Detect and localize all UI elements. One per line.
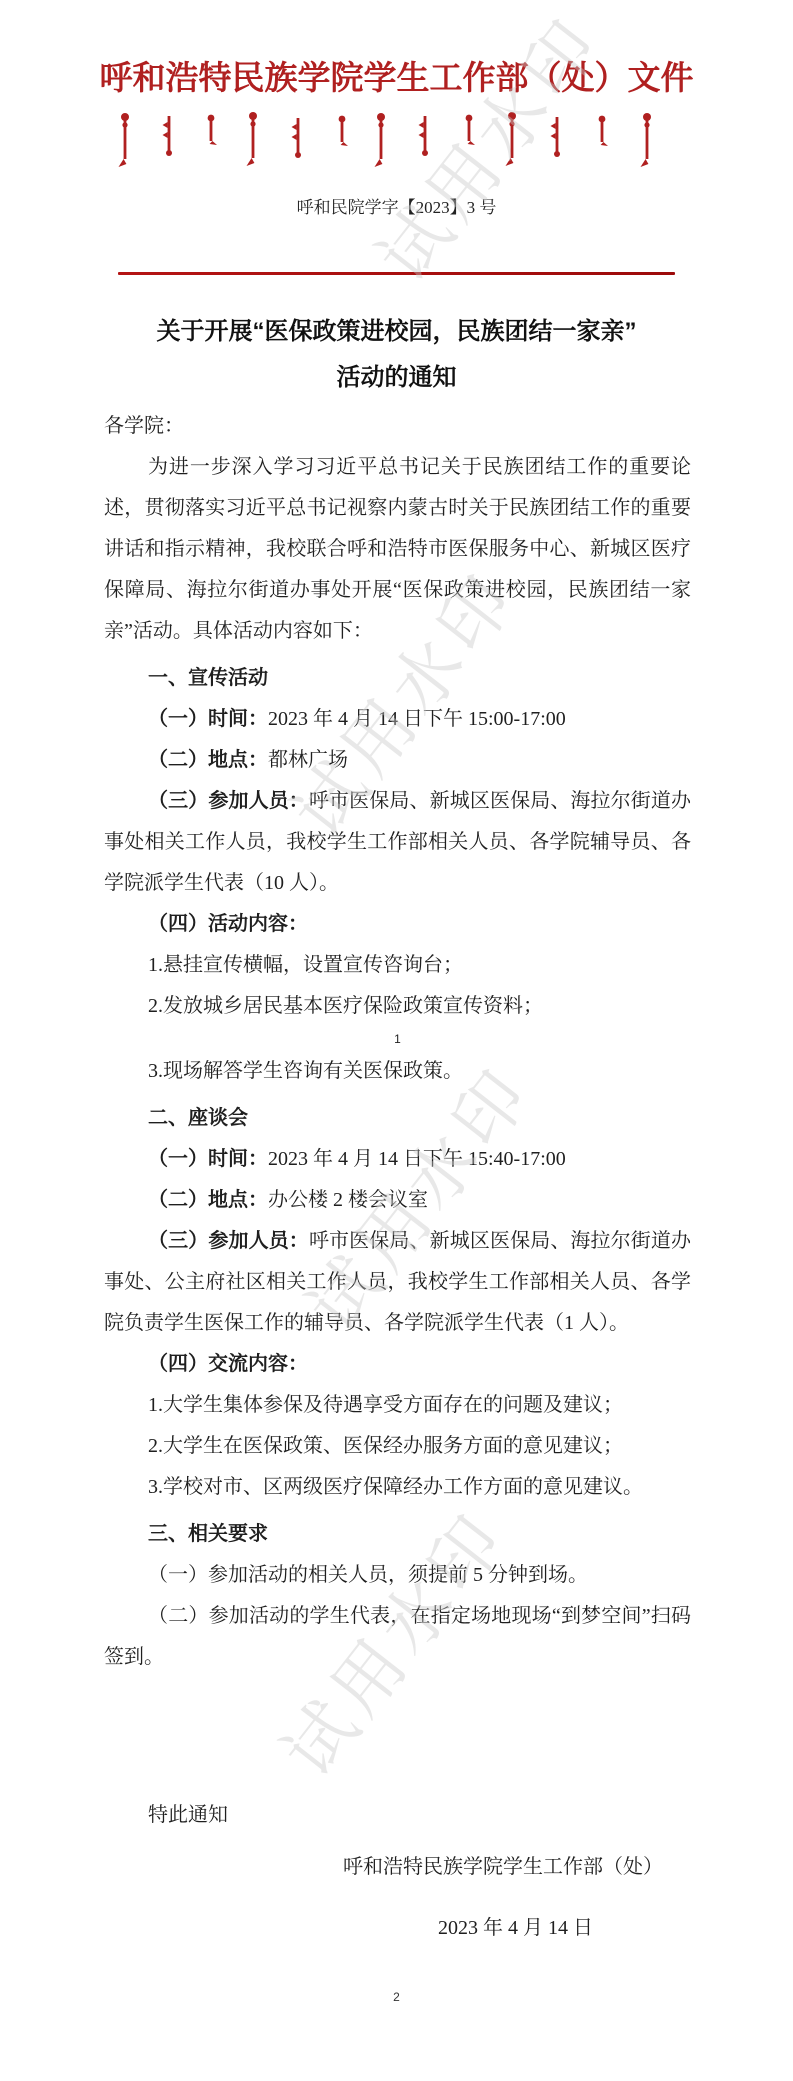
item-text: 都林广场 — [268, 749, 348, 771]
item-label: （四）活动内容： — [148, 913, 308, 935]
section-2-item-participants: （三）参加人员：呼市医保局、新城区医保局、海拉尔街道办事处、公主府社区相关工作人… — [104, 1221, 691, 1344]
item-label: （二）地点： — [148, 749, 268, 771]
list-item: 1.大学生集体参保及待遇享受方面存在的问题及建议； — [104, 1385, 691, 1426]
item-label: （二）地点： — [148, 1189, 268, 1211]
intro-paragraph: 为进一步深入学习习近平总书记关于民族团结工作的重要论述，贯彻落实习近平总书记视察… — [104, 447, 691, 652]
item-label: （三）参加人员： — [148, 790, 309, 812]
red-divider — [118, 272, 675, 275]
section-2-item-content: （四）交流内容： — [104, 1344, 691, 1385]
mongolian-script — [112, 110, 682, 170]
list-item: 2.大学生在医保政策、医保经办服务方面的意见建议； — [104, 1426, 691, 1467]
list-item: 1.悬挂宣传横幅，设置宣传咨询台； — [104, 945, 691, 986]
list-item: 3.学校对市、区两级医疗保障经办工作方面的意见建议。 — [104, 1467, 691, 1508]
signature-date: 2023 年 4 月 14 日 — [0, 1908, 793, 1949]
closing-note: 特此通知 — [104, 1795, 691, 1836]
notice-title: 关于开展“医保政策进校园，民族团结一家亲” 活动的通知 — [0, 309, 793, 401]
section-1-item-participants: （三）参加人员：呼市医保局、新城区医保局、海拉尔街道办事处相关工作人员，我校学生… — [104, 781, 691, 904]
item-label: （一）时间： — [148, 708, 268, 730]
item-text: 办公楼 2 楼会议室 — [268, 1189, 428, 1211]
notice-title-line2: 活动的通知 — [0, 355, 793, 401]
section-2-heading: 二、座谈会 — [104, 1098, 691, 1139]
document-body: 各学院： 为进一步深入学习习近平总书记关于民族团结工作的重要论述，贯彻落实习近平… — [0, 406, 793, 1836]
section-3-item-2: （二）参加活动的学生代表，在指定场地现场“到梦空间”扫码签到。 — [104, 1596, 691, 1678]
salutation: 各学院： — [104, 406, 691, 447]
item-text: 2023 年 4 月 14 日下午 15:00-17:00 — [268, 708, 566, 730]
section-2-item-time: （一）时间：2023 年 4 月 14 日下午 15:40-17:00 — [104, 1139, 691, 1180]
section-1-item-place: （二）地点：都林广场 — [104, 740, 691, 781]
item-text: 2023 年 4 月 14 日下午 15:40-17:00 — [268, 1148, 566, 1170]
signature-org: 呼和浩特民族学院学生工作部（处） — [0, 1847, 793, 1888]
section-1-item-time: （一）时间：2023 年 4 月 14 日下午 15:00-17:00 — [104, 699, 691, 740]
item-label: （四）交流内容： — [148, 1353, 308, 1375]
section-2-item-place: （二）地点：办公楼 2 楼会议室 — [104, 1180, 691, 1221]
header-org-title: 呼和浩特民族学院学生工作部（处）文件 — [0, 58, 793, 98]
notice-title-line1: 关于开展“医保政策进校园，民族团结一家亲” — [0, 309, 793, 355]
page2-number: 2 — [0, 1990, 793, 2004]
list-item: 2.发放城乡居民基本医疗保险政策宣传资料； — [104, 986, 691, 1027]
doc-number: 呼和民院学字【2023】3 号 — [0, 196, 793, 220]
section-1-heading: 一、宣传活动 — [104, 658, 691, 699]
item-label: （三）参加人员： — [148, 1230, 309, 1252]
list-item: 3.现场解答学生咨询有关医保政策。 — [104, 1051, 691, 1092]
section-3-item-1: （一）参加活动的相关人员，须提前 5 分钟到场。 — [104, 1555, 691, 1596]
item-label: （一）时间： — [148, 1148, 268, 1170]
document-page: 试用水印 试用水印 试用水印 试用水印 呼和浩特民族学院学生工作部（处）文件 — [0, 0, 793, 2081]
section-3-heading: 三、相关要求 — [104, 1514, 691, 1555]
section-1-item-content: （四）活动内容： — [104, 904, 691, 945]
page1-number: 1 — [104, 1027, 691, 1051]
